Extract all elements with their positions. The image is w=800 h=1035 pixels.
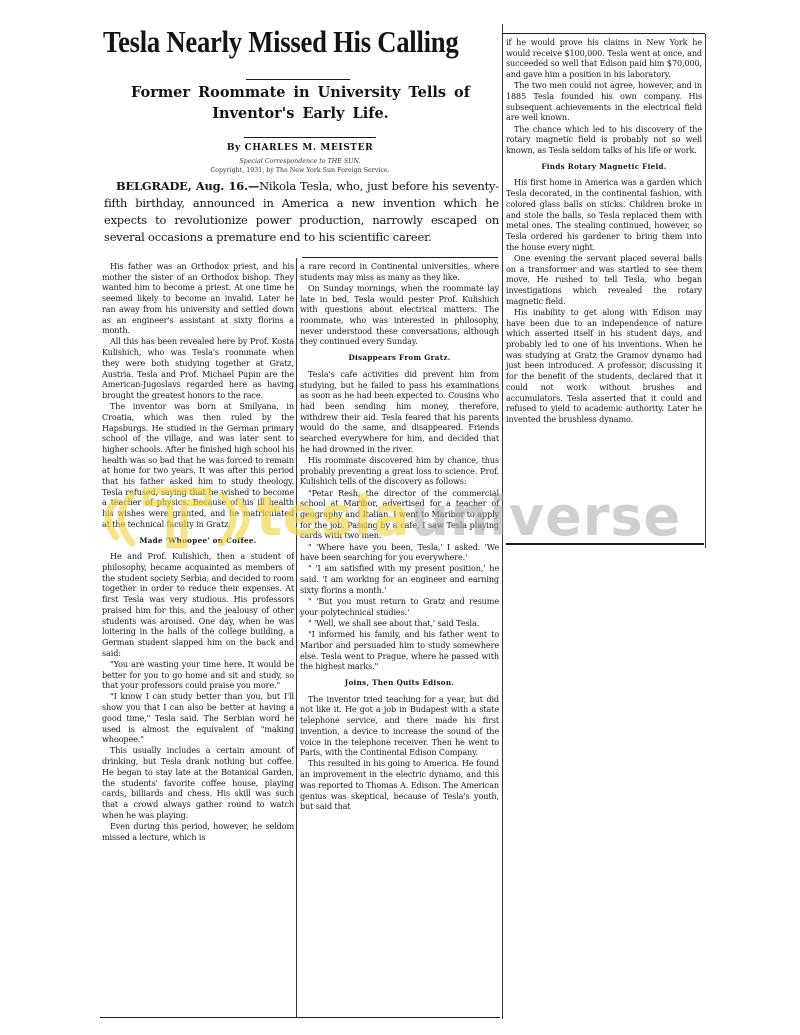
lede-paragraph: BELGRADE, Aug. 16.—Nikola Tesla, who, ju… (104, 178, 499, 246)
section-subheading: Made 'Whoopee' on Coffee. (102, 536, 294, 547)
headline: Tesla Nearly Missed His Calling (103, 24, 443, 60)
byline: By CHARLES M. MEISTER (100, 143, 500, 153)
paragraph: " 'I am satisfied with my present positi… (300, 563, 499, 595)
paragraph: The chance which led to his discovery of… (506, 124, 702, 156)
paragraph: The inventor tried teaching for a year, … (300, 694, 499, 758)
article-column-1: His father was an Orthodox priest, and h… (102, 261, 294, 843)
paragraph: "I know I can study better than you, but… (102, 691, 294, 745)
paragraph: The two men could not agree, however, an… (506, 80, 702, 123)
paragraph: His first home in America was a garden w… (506, 177, 702, 252)
paragraph: On Sunday mornings, when the roommate la… (300, 283, 499, 347)
column-divider-1 (296, 258, 297, 1018)
article-column-2: a rare record in Continental universitie… (300, 261, 499, 812)
paragraph: All this has been revealed here by Prof.… (102, 336, 294, 400)
section-subheading: Joins, Then Quits Edison. (300, 678, 499, 689)
column3-top-rule (503, 33, 705, 34)
paragraph: One evening the servant placed several b… (506, 253, 702, 307)
special-correspondence: Special Correspondence to THE SUN. (100, 158, 500, 165)
paragraph: His father was an Orthodox priest, and h… (102, 261, 294, 336)
page-bottom-rule (100, 1017, 500, 1018)
paragraph: This usually includes a certain amount o… (102, 745, 294, 820)
dateline: BELGRADE, Aug. 16.— (116, 179, 259, 193)
subhead-rule (244, 137, 376, 138)
section-subheading: Finds Rotary Magnetic Field. (506, 162, 702, 173)
headline-rule (246, 79, 350, 80)
paragraph: Even during this period, however, he sel… (102, 821, 294, 842)
paragraph: The inventor was born at Smilyana, in Cr… (102, 401, 294, 529)
paragraph: "You are wasting your time here. It woul… (102, 659, 294, 691)
paragraph: a rare record in Continental universitie… (300, 261, 499, 282)
subheadline: Former Roommate in University Tells of I… (103, 82, 498, 124)
paragraph: Tesla's cafe activities did prevent him … (300, 369, 499, 455)
paragraph: "I informed his family, and his father w… (300, 629, 499, 672)
article-column-3: if he would prove his claims in New York… (506, 37, 702, 425)
column3-end-rule (506, 543, 704, 545)
paragraph: " 'But you must return to Gratz and resu… (300, 596, 499, 617)
paragraph: This resulted in his going to America. H… (300, 758, 499, 812)
paragraph: "Petar Resh, the director of the commerc… (300, 488, 499, 542)
column-divider-3 (705, 34, 706, 548)
paragraph: His roommate discovered him by chance, t… (300, 455, 499, 487)
paragraph: " 'Where have you been, Tesla,' I asked.… (300, 542, 499, 563)
paragraph: if he would prove his claims in New York… (506, 37, 702, 80)
copyright-line: Copyright, 1931, by The New York Sun For… (100, 167, 500, 174)
paragraph: He and Prof. Kulishich, then a student o… (102, 551, 294, 658)
paragraph: " 'Well, we shall see about that,' said … (300, 618, 499, 629)
paragraph: His inability to get along with Edison m… (506, 307, 702, 425)
section-subheading: Disappears From Gratz. (300, 353, 499, 364)
column-divider-2 (502, 24, 503, 1019)
lede-bottom-rule (302, 257, 498, 258)
